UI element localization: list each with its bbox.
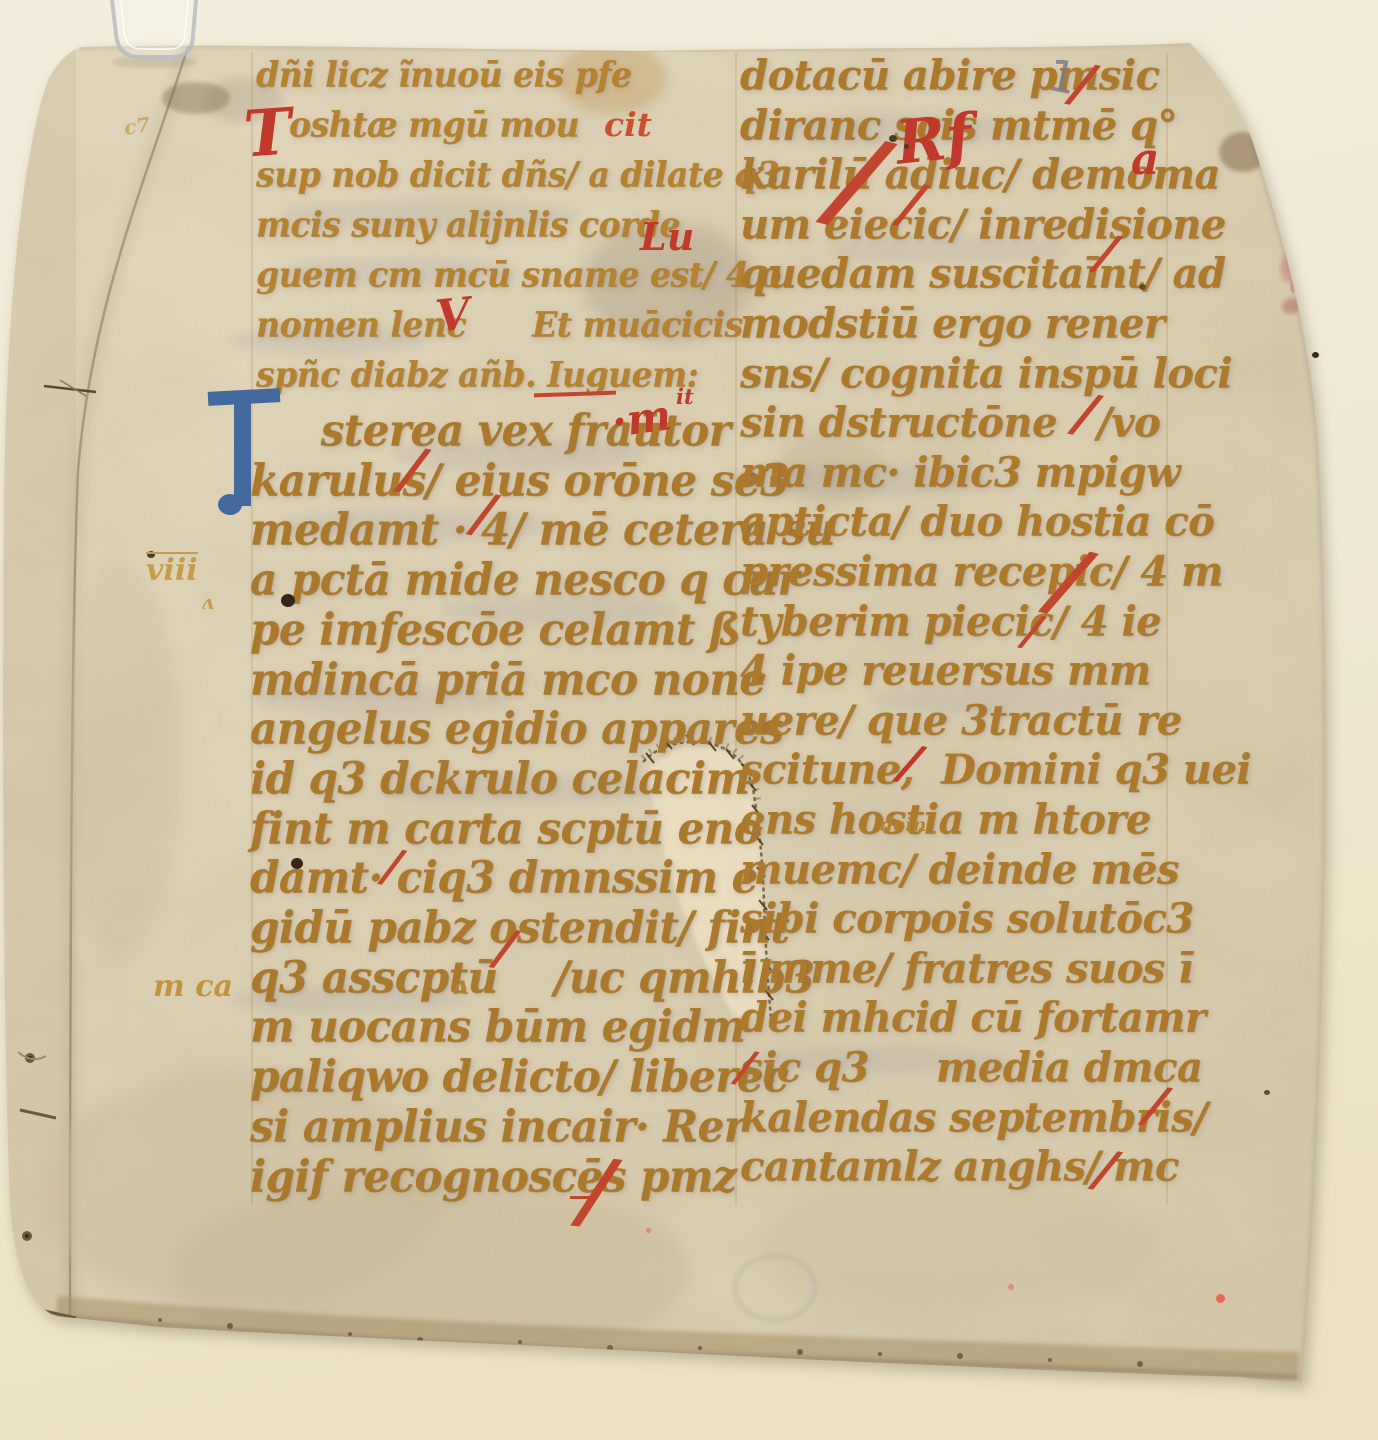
plastic-clip xyxy=(112,0,196,68)
parchment-surface-texture xyxy=(0,0,1378,1440)
manuscript-photograph: dñi licz ĩnuoū eis pfe oshtæ mgū mousup … xyxy=(0,0,1378,1440)
stain xyxy=(557,43,667,113)
photo-background xyxy=(0,0,1378,1440)
